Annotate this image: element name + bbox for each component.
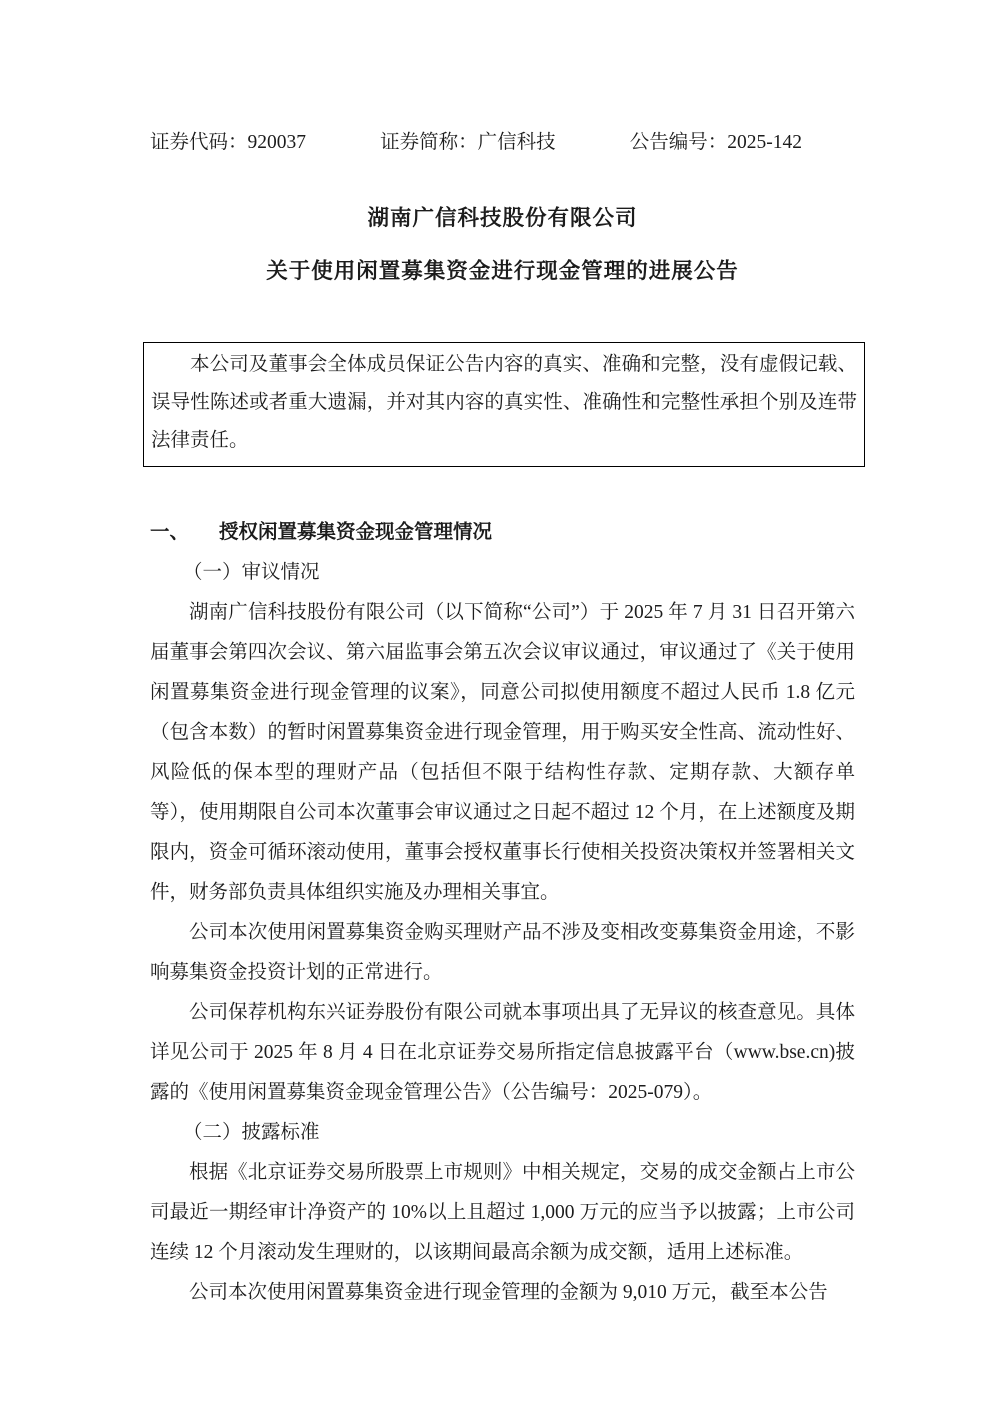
company-name-title: 湖南广信科技股份有限公司: [150, 203, 855, 233]
paragraph-review-approval: 湖南广信科技股份有限公司（以下简称“公司”）于 2025 年 7 月 31 日召…: [150, 593, 855, 913]
stock-code: 证券代码：920037: [150, 131, 306, 155]
announcement-title: 关于使用闲置募集资金进行现金管理的进展公告: [150, 256, 855, 286]
section-1-heading: 一、授权闲置募集资金现金管理情况: [150, 513, 855, 553]
paragraph-no-change-of-use: 公司本次使用闲置募集资金购买理财产品不涉及变相改变募集资金用途，不影响募集资金投…: [150, 913, 855, 993]
announcement-page: 证券代码：920037 证券简称：广信科技 公告编号：2025-142 湖南广信…: [0, 0, 1000, 1413]
section-1-number: 一、: [150, 513, 189, 553]
document-body: 一、授权闲置募集资金现金管理情况 （一）审议情况 湖南广信科技股份有限公司（以下…: [150, 513, 855, 1313]
subsection-1-1-heading: （一）审议情况: [150, 553, 855, 593]
document-header: 证券代码：920037 证券简称：广信科技 公告编号：2025-142: [150, 131, 802, 155]
paragraph-sponsor-opinion: 公司保荐机构东兴证券股份有限公司就本事项出具了无异议的核查意见。具体详见公司于 …: [150, 993, 855, 1113]
subsection-1-2-heading: （二）披露标准: [150, 1113, 855, 1153]
paragraph-cash-management-amount: 公司本次使用闲置募集资金进行现金管理的金额为 9,010 万元，截至本公告: [150, 1273, 855, 1313]
announcement-number: 公告编号：2025-142: [630, 131, 802, 155]
board-disclaimer-text: 本公司及董事会全体成员保证公告内容的真实、准确和完整，没有虚假记载、误导性陈述或…: [151, 346, 857, 460]
stock-short-name: 证券简称：广信科技: [380, 131, 556, 155]
paragraph-disclosure-standard: 根据《北京证券交易所股票上市规则》中相关规定，交易的成交金额占上市公司最近一期经…: [150, 1153, 855, 1273]
board-disclaimer-box: 本公司及董事会全体成员保证公告内容的真实、准确和完整，没有虚假记载、误导性陈述或…: [143, 342, 865, 467]
section-1-title: 授权闲置募集资金现金管理情况: [219, 522, 492, 543]
